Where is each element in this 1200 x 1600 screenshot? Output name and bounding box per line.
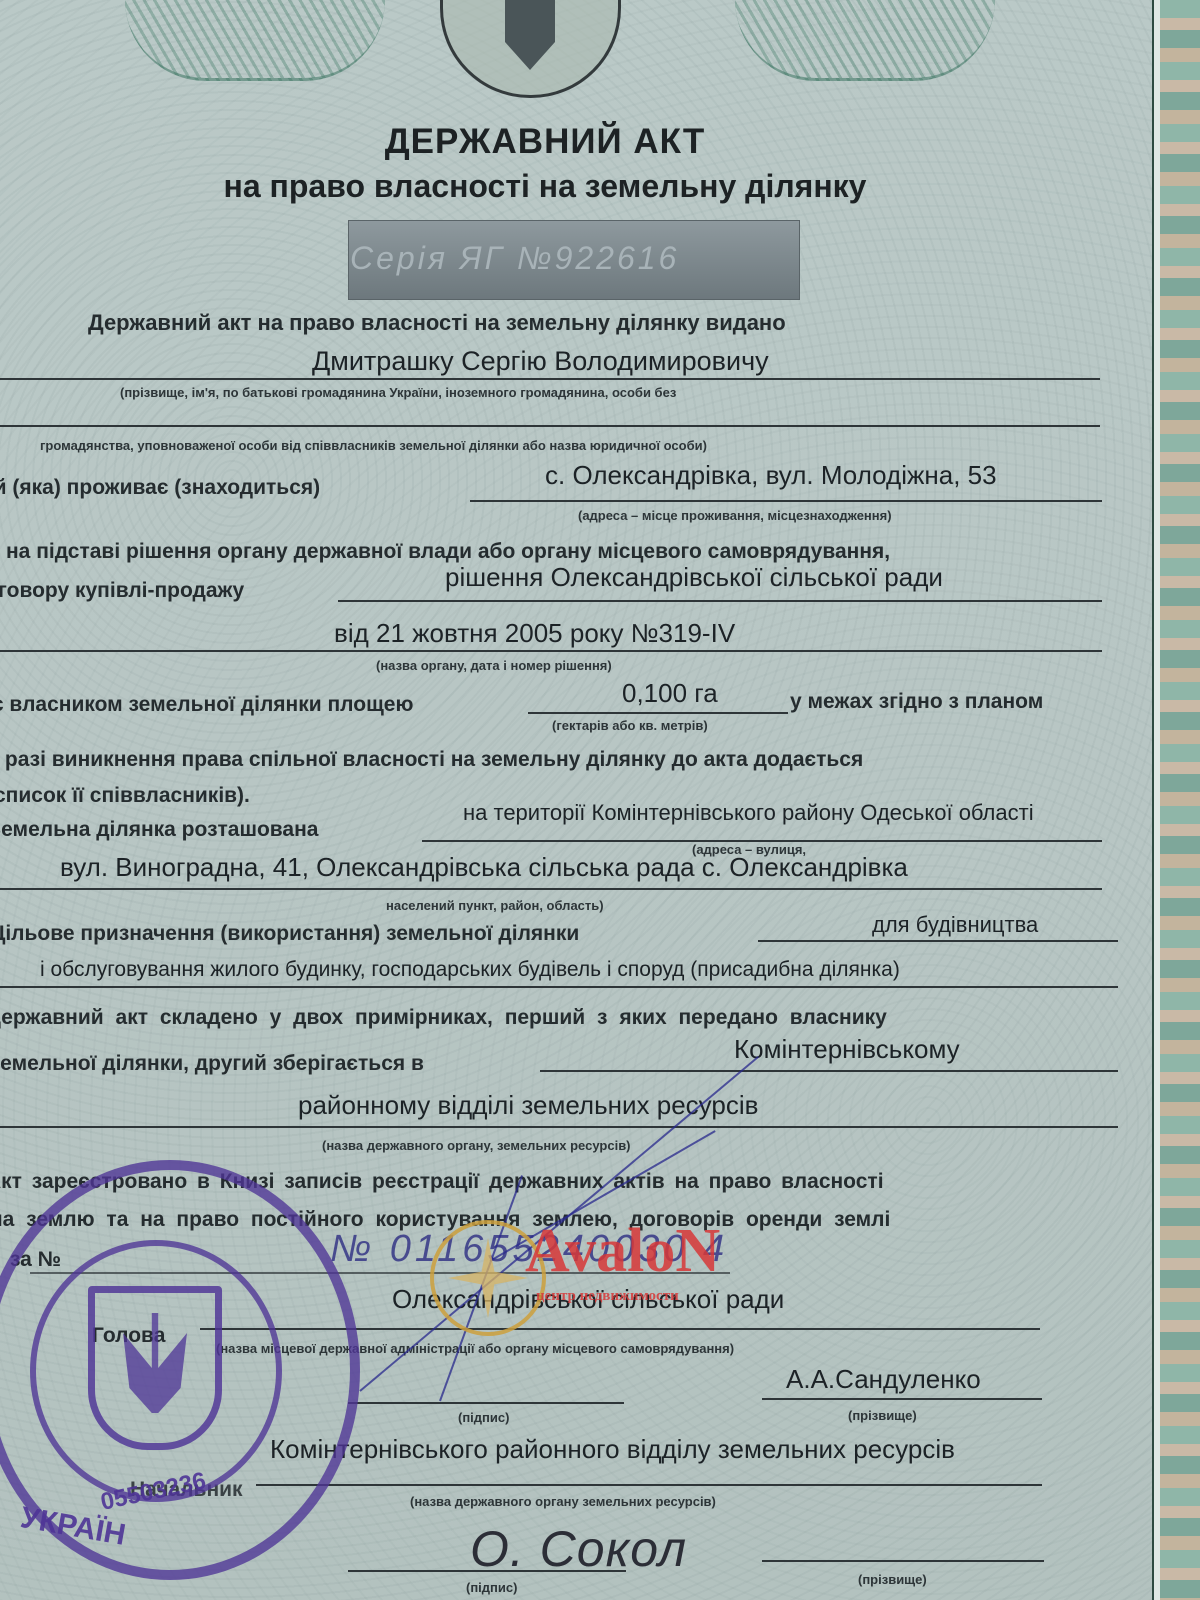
location-label: Земельна ділянка розташована <box>0 818 318 842</box>
area-label: є власником земельної ділянки площею <box>0 693 413 717</box>
copies-underline-2 <box>0 1126 1118 1128</box>
ornament-left-icon <box>125 0 385 81</box>
area-suffix: у межах згідно з планом <box>790 690 1043 714</box>
owner-hint-1: (прізвище, ім'я, по батькові громадянина… <box>120 385 676 400</box>
surname-hint-1: (прізвище) <box>848 1408 917 1423</box>
signature-hint-2: (підпис) <box>466 1580 517 1595</box>
department-hint: (назва державного органу земельних ресур… <box>410 1494 716 1509</box>
owner-name: Дмитрашку Сергію Володимировичу <box>312 346 769 377</box>
basis-value-2: від 21 жовтня 2005 року №319-IV <box>334 618 735 649</box>
residence-value: с. Олександрівка, вул. Молодіжна, 53 <box>545 460 997 491</box>
purpose-value-1: для будівництва <box>872 912 1038 938</box>
trident-emblem-icon <box>88 1286 222 1450</box>
coowner-note-2: список її співвласників). <box>0 784 250 808</box>
signature-line-1 <box>348 1402 624 1404</box>
watermark-tagline: центр недвижимости <box>536 1288 679 1305</box>
signature-hint-1: (підпис) <box>458 1410 509 1425</box>
owner-underline-2 <box>0 425 1100 427</box>
basis-hint: (назва органу, дата і номер рішення) <box>376 658 612 673</box>
owner-underline <box>0 378 1100 380</box>
area-underline <box>528 712 788 714</box>
purpose-underline-1 <box>758 940 1118 942</box>
document-title: ДЕРЖАВНИЙ АКТ <box>0 122 1090 162</box>
ornament-right-icon <box>735 0 995 81</box>
location-underline-2 <box>0 888 1102 890</box>
issued-label: Державний акт на право власності на земе… <box>88 310 786 336</box>
coowner-note-1: У разі виникнення права спільної власнос… <box>0 748 863 772</box>
signature-line-2 <box>348 1570 626 1572</box>
basis-underline-2 <box>0 650 1102 652</box>
department-value: Комінтернівського районного відділу земе… <box>270 1434 955 1465</box>
basis-label-2: договору купівлі-продажу <box>0 579 244 603</box>
basis-label-1: на підставі рішення органу державної вла… <box>6 540 890 564</box>
location-value-1: на території Комінтернівського району Од… <box>463 800 1034 826</box>
residence-hint: (адреса – місце проживання, місцезнаходж… <box>578 508 892 523</box>
copies-underline-1 <box>540 1070 1118 1072</box>
copies-value-2: районному відділі земельних ресурсів <box>298 1090 758 1121</box>
purpose-label: Цільове призначення (використання) земел… <box>0 922 579 946</box>
watermark-brand: AvaloN <box>525 1216 720 1287</box>
surname-line-2 <box>762 1560 1044 1562</box>
copies-label-2: земельної ділянки, другий зберігається в <box>0 1052 424 1076</box>
copies-hint: (назва державного органу, земельних ресу… <box>322 1138 631 1153</box>
area-hint: (гектарів або кв. метрів) <box>552 718 708 733</box>
owner-hint-2: громадянства, уповноваженої особи від сп… <box>40 438 707 453</box>
location-hint-2: населений пункт, район, область) <box>386 898 604 913</box>
department-underline <box>256 1484 1042 1486</box>
decorative-border-ornament <box>1160 0 1200 1600</box>
avalon-watermark: AvaloN центр недвижимости <box>430 1220 760 1340</box>
copies-label-1: Державний акт складено у двох примірника… <box>0 1006 887 1030</box>
document-subtitle: на право власності на земельну ділянку <box>0 168 1090 205</box>
serial-number: Серія ЯГ №922616 <box>350 240 679 277</box>
copies-value-1: Комінтернівському <box>734 1034 960 1065</box>
basis-value-1: рішення Олександрівської сільської ради <box>445 562 943 593</box>
purpose-value-2: і обслуговування жилого будинку, господа… <box>40 958 900 982</box>
surname-line-1 <box>762 1398 1042 1400</box>
area-value: 0,100 га <box>622 678 718 709</box>
residence-label: який (яка) проживає (знаходиться) <box>0 476 320 500</box>
purpose-underline-2 <box>0 986 1118 988</box>
basis-underline-1 <box>338 600 1102 602</box>
location-value-2: вул. Виноградна, 41, Олександрівська сіл… <box>60 852 908 883</box>
surname-hint-2: (прізвище) <box>858 1572 927 1587</box>
head-surname: А.А.Сандуленко <box>786 1364 981 1395</box>
residence-underline <box>470 500 1102 502</box>
